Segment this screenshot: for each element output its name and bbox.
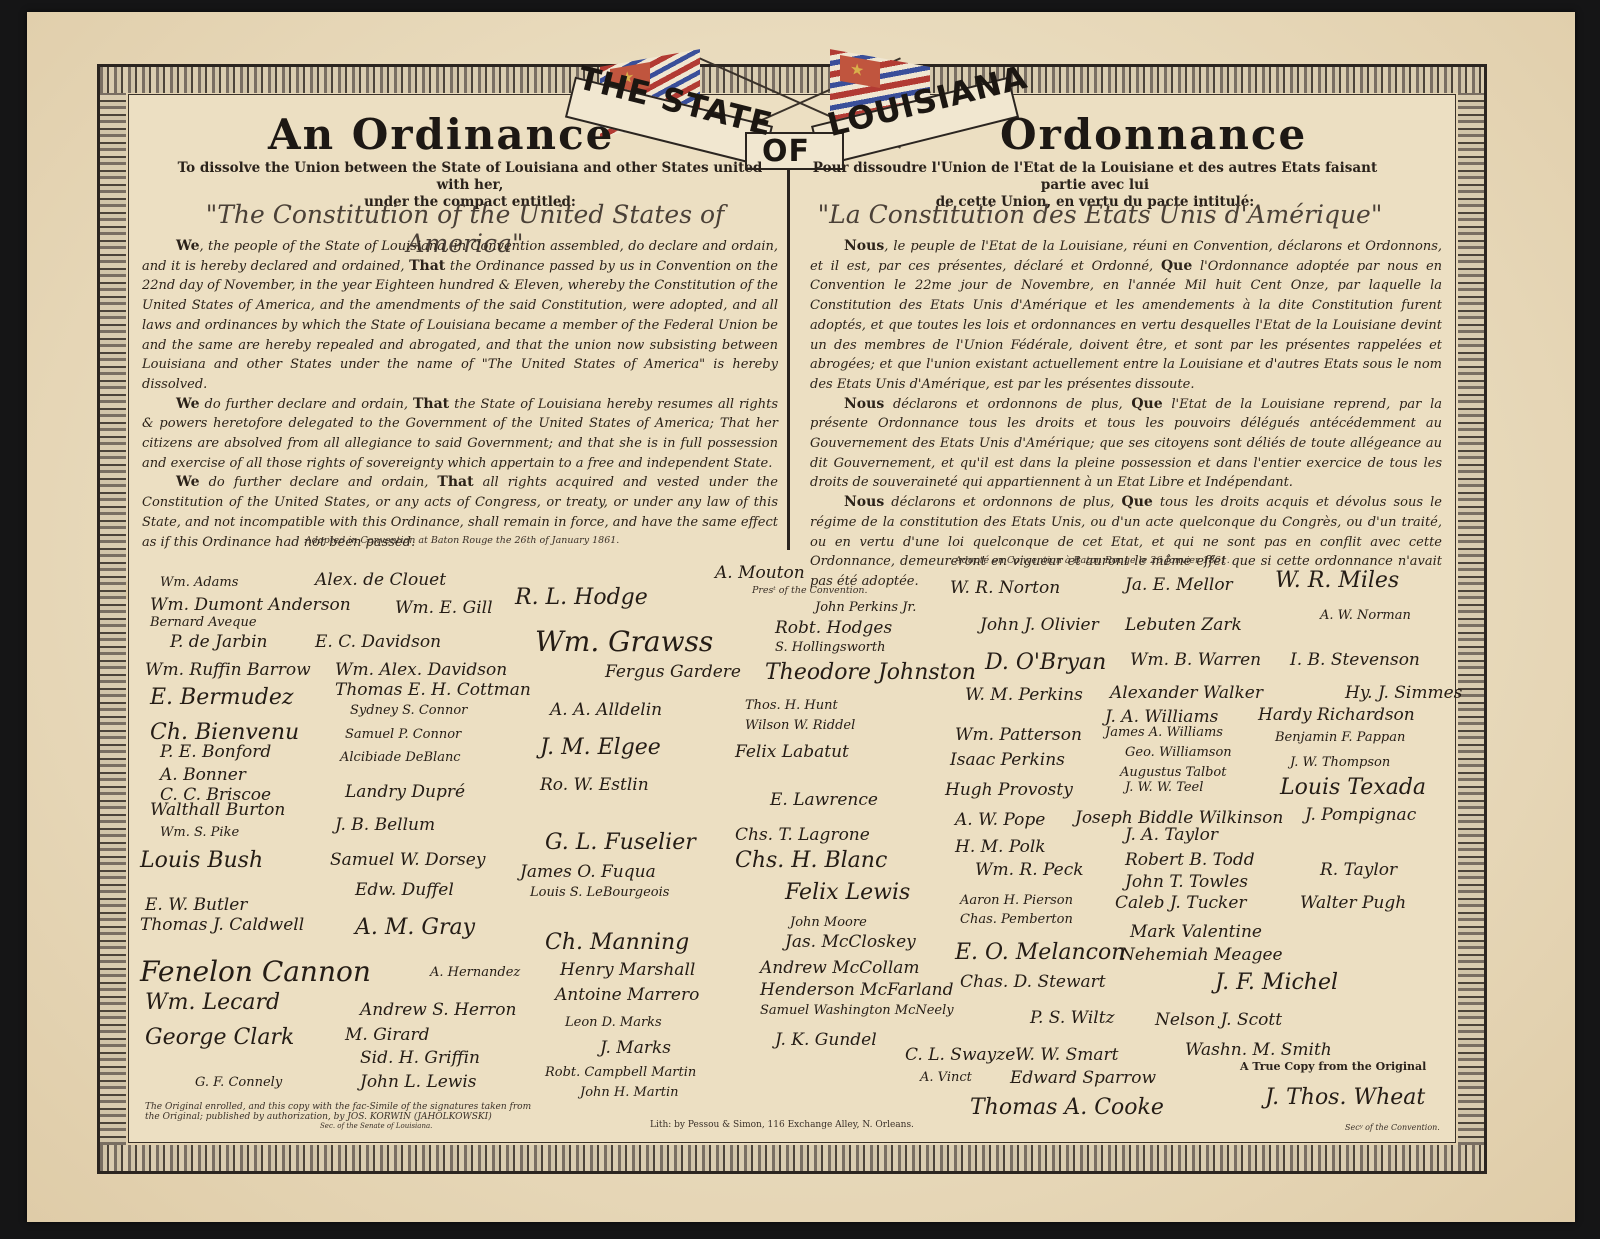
signature: Fergus Gardere [605,662,741,682]
vine-border-right [1458,93,1484,1145]
signature: James A. Williams [1105,725,1223,740]
signature: R. Taylor [1320,860,1397,880]
signature: W. M. Perkins [965,685,1083,705]
signature: Isaac Perkins [950,750,1065,770]
signature: Caleb J. Tucker [1115,893,1247,913]
signature: Walter Pugh [1300,893,1406,913]
signature: J. W. Thompson [1290,755,1390,770]
signature: Robert B. Todd [1125,850,1255,870]
signature: J. K. Gundel [775,1030,877,1050]
signature: Ch. Manning [545,930,689,955]
french-title: Ordonnance [1000,110,1307,159]
president-signature: A. Mouton [715,563,805,583]
signature: J. B. Bellum [335,815,435,835]
signature: Augustus Talbot [1120,765,1226,780]
signature: Fenelon Cannon [140,955,371,988]
signature: A. A. Alldelin [550,700,662,720]
signature: J. Pompignac [1305,805,1416,825]
signature: Wm. Grawss [535,625,713,658]
english-subtitle-line: To dissolve the Union between the State … [170,160,770,194]
english-ordinance-text: We, the people of the State of Louisiana… [142,237,778,552]
signature: Ro. W. Estlin [540,775,649,795]
signature: Robt. Campbell Martin [545,1065,696,1080]
signature: Louis S. LeBourgeois [530,885,669,900]
signature: A. M. Gray [355,915,475,940]
signature: Alexander Walker [1110,683,1263,703]
signature: Sid. H. Griffin [360,1048,480,1068]
signature: Washn. M. Smith [1185,1040,1332,1060]
signature: Mark Valentine [1130,922,1262,942]
signature: S. Hollingsworth [775,640,885,655]
signature: I. B. Stevenson [1290,650,1420,670]
french-paragraph: Nous, le peuple de l'Etat de la Louisian… [810,237,1442,395]
signature: Louis Bush [140,848,263,873]
signature: Wm. S. Pike [160,825,239,840]
english-title: An Ordinance [268,110,614,159]
signature: Edw. Duffel [355,880,454,900]
signature: Wm. Dumont Anderson [150,595,351,615]
signature: John T. Towles [1125,872,1248,892]
signature: Robt. Hodges [775,618,892,638]
french-subtitle-line: Pour dissoudre l'Union de l'Etat de la L… [805,160,1385,194]
signature: Wilson W. Riddel [745,718,855,733]
signature: P. S. Wiltz [1030,1008,1115,1028]
signature: D. O'Bryan [985,650,1106,675]
signature: Ja. E. Mellor [1125,575,1233,595]
signature: W. R. Miles [1275,568,1399,593]
signature: Bernard Aveque [150,615,257,630]
column-divider [787,160,790,550]
signature: Alcibiade DeBlanc [340,750,461,765]
signature: Leon D. Marks [565,1015,662,1030]
facsimile-note: The Original enrolled, and this copy wit… [145,1102,531,1130]
signature: Lebuten Zark [1125,615,1242,635]
signature: A. Bonner [160,765,246,785]
english-paragraph: We do further declare and ordain, That t… [142,395,778,474]
signature: A. Hernandez [430,965,520,980]
signature: Felix Labatut [735,742,849,762]
signature: W. W. Smart [1015,1045,1118,1065]
signature: Thomas J. Caldwell [140,915,304,935]
signature: John J. Olivier [980,615,1099,635]
signature: Chas. D. Stewart [960,972,1106,992]
signature: Andrew McCollam [760,958,920,978]
signature: Hardy Richardson [1258,705,1415,725]
signature: Wm. E. Gill [395,598,493,618]
signature: E. O. Melancon [955,940,1125,965]
signature: John Perkins Jr. [815,600,916,615]
signature: Andrew S. Herron [360,1000,516,1020]
signature: J. Marks [600,1038,671,1058]
signature: W. R. Norton [950,578,1060,598]
signature: Wm. Patterson [955,725,1082,745]
signature: Benjamin F. Pappan [1275,730,1405,745]
english-paragraph: We, the people of the State of Louisiana… [142,237,778,395]
signature: J. W. W. Teel [1125,780,1203,795]
signature: J. A. Taylor [1125,825,1218,845]
signature: G. L. Fuselier [545,830,696,855]
lithographer-credit: Lith: by Pessou & Simon, 116 Exchange Al… [650,1120,914,1130]
signature: Wm. Adams [160,575,238,590]
signature: R. L. Hodge [515,585,648,610]
signature: John H. Martin [580,1085,679,1100]
signature: Hy. J. Simmes [1345,683,1462,703]
signature: Geo. Williamson [1125,745,1232,760]
signature: M. Girard [345,1025,430,1045]
signature: Thos. H. Hunt [745,698,838,713]
signature: Hugh Provosty [945,780,1073,800]
signature: Samuel W. Dorsey [330,850,485,870]
signature: Walthall Burton [150,800,285,820]
state-banner: ★ ★ THE STATE OF LOUISIANA [570,62,1020,162]
signature: Henderson McFarland [760,980,953,1000]
president-title: Presᵗ of the Convention. [752,585,868,596]
signature: H. M. Polk [955,837,1046,857]
signature: Chs. H. Blanc [735,848,887,873]
signature: A. W. Pope [955,810,1045,830]
vine-border-left [100,93,126,1145]
signature: John L. Lewis [360,1072,477,1092]
signature: Louis Texada [1280,775,1426,800]
signature: Nelson J. Scott [1155,1010,1282,1030]
signature: Aaron H. Pierson [960,893,1073,908]
signature: Wm. Ruffin Barrow [145,660,311,680]
signature: Edward Sparrow [1010,1068,1156,1088]
signature: P. de Jarbin [170,632,268,652]
signature: Felix Lewis [785,880,910,905]
signature: Henry Marshall [560,960,695,980]
french-adopted-note: Adopté en Convention à Baton Rouge le 26… [955,555,1230,566]
signature: G. F. Connely [195,1075,282,1090]
secretary-title: Secʸ of the Convention. [1345,1123,1440,1132]
signature: Nehemiah Meagee [1120,945,1283,965]
signature: Wm. Alex. Davidson [335,660,507,680]
signature: J. M. Elgee [540,735,661,760]
signature: P. E. Bonford [160,742,271,762]
signature: E. W. Butler [145,895,247,915]
signature: Thomas A. Cooke [970,1095,1164,1120]
signature: Sydney S. Connor [350,703,467,718]
signature: C. L. Swayze [905,1045,1015,1065]
signature: Thomas E. H. Cottman [335,680,531,700]
signature: George Clark [145,1025,294,1050]
french-paragraph: Nous déclarons et ordonnons de plus, Que… [810,395,1442,494]
signature: A. Vinct [920,1070,972,1085]
signature: Chs. T. Lagrone [735,825,870,845]
signature: Samuel Washington McNeely [760,1003,954,1018]
signature: E. Bermudez [150,685,293,710]
signature: Alex. de Clouet [315,570,446,590]
signature: Samuel P. Connor [345,727,461,742]
signature: E. C. Davidson [315,632,441,652]
secretary-signature: J. Thos. Wheat [1265,1085,1425,1110]
english-adopted-note: Adopted in Convention at Baton Rouge the… [305,535,619,546]
french-constitution-heading: "La Constitution des Etats Unis d'Amériq… [800,200,1400,229]
signature: James O. Fuqua [520,862,656,882]
true-copy-label: A True Copy from the Original [1240,1060,1426,1073]
signature: Antoine Marrero [555,985,699,1005]
signature: J. A. Williams [1105,707,1218,727]
signature: E. Lawrence [770,790,878,810]
signature: Theodore Johnston [765,660,976,685]
french-ordinance-text: Nous, le peuple de l'Etat de la Louisian… [810,237,1442,592]
signature: Wm. Lecard [145,990,280,1015]
signature: Landry Dupré [345,782,465,802]
vine-border-bottom [100,1145,1484,1171]
signature: A. W. Norman [1320,608,1411,623]
signature: John Moore [790,915,867,930]
signature: Jas. McCloskey [785,932,916,952]
signature: J. F. Michel [1215,970,1338,995]
signature: Wm. B. Warren [1130,650,1261,670]
signature: Wm. R. Peck [975,860,1084,880]
signature: Chas. Pemberton [960,912,1073,927]
